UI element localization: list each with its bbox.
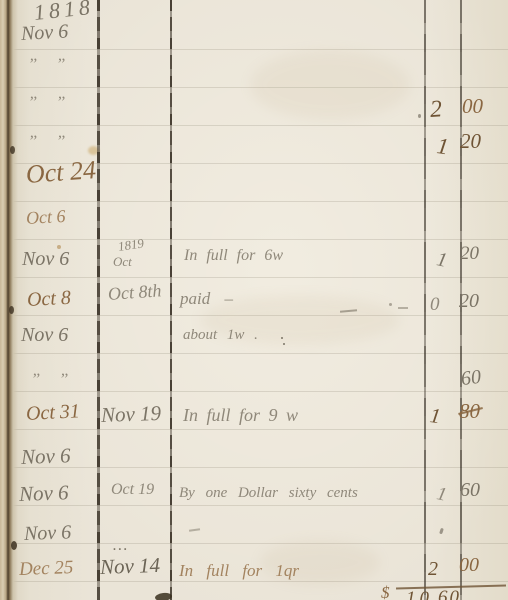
row-3-amount-cents: 20 <box>460 131 481 152</box>
row-12-date: Nov 6 <box>19 482 69 505</box>
row-7-amount-cents: 20 <box>459 291 479 311</box>
ledger-page: 1818 Nov 6 ’’ ’’ ’’ ’’ 2 00 ’’ ’’ 1 20 O… <box>0 0 508 600</box>
row-9-date: ’’ ’’ <box>31 372 68 388</box>
row-6-date: Nov 6 <box>22 249 69 269</box>
row-12-posted: Oct 19 <box>111 482 154 498</box>
column-rule-1 <box>97 0 100 600</box>
row-9-amount-cents: 60 <box>460 367 482 389</box>
total-cents: 60 <box>438 588 461 600</box>
total-dollars: 10 <box>406 589 433 600</box>
row-14-amount-dollars: 2 <box>428 559 438 579</box>
ink-speck <box>418 114 421 118</box>
row-12-entry: By one Dollar sixty cents <box>179 486 358 501</box>
column-rule-2 <box>170 0 172 600</box>
binding-stitch <box>9 306 14 314</box>
row-11-date: Nov 6 <box>21 445 71 468</box>
row-13-date: Nov 6 <box>24 522 72 544</box>
row-7-posted: Oct 8th <box>107 281 162 303</box>
total-currency-symbol: $ <box>381 584 390 600</box>
row-13-posted-marks: … <box>113 538 130 554</box>
row-10-entry: In full for 9 w <box>183 406 298 424</box>
pen-dash <box>398 307 408 309</box>
page-binding-edge <box>0 0 18 600</box>
ink-showthrough <box>250 50 410 120</box>
row-14-amount-cents: 00 <box>459 555 479 575</box>
row-3-date: ’’ ’’ <box>28 134 65 150</box>
row-10-amount-cents: 80 <box>459 399 480 423</box>
row-10-date: Oct 31 <box>25 401 80 424</box>
row-6-amount-cents: 20 <box>460 244 479 263</box>
ink-speck <box>389 303 392 306</box>
row-2-date: ’’ ’’ <box>28 95 65 111</box>
row-8-entry: about 1w . <box>183 328 258 343</box>
row-6-posted-month: Oct <box>113 255 132 268</box>
row-0-date: Nov 6 <box>20 22 68 44</box>
row-14-entry: In full for 1qr <box>179 562 299 579</box>
row-12-amount-cents: 60 <box>460 480 480 500</box>
binding-stitch <box>10 146 15 154</box>
row-8-date: Nov 6 <box>21 325 68 345</box>
row-2-amount-cents: 00 <box>462 96 483 117</box>
row-4-date: Oct 24 <box>25 157 97 188</box>
column-rule-3 <box>424 0 426 600</box>
row-1-date: ’’ ’’ <box>28 57 65 73</box>
row-2-amount-dollars: 2 <box>429 97 443 122</box>
row-14-date: Dec 25 <box>19 558 74 579</box>
binding-stitch <box>11 541 17 550</box>
row-7-amount-dollars: 0 <box>430 295 440 314</box>
row-7-date: Oct 8 <box>26 288 71 310</box>
row-10-posted: Nov 19 <box>101 403 162 426</box>
row-6-entry: In full for 6w <box>184 248 283 264</box>
ink-blob-next-line <box>155 592 173 600</box>
row-6-posted-year: 1819 <box>117 236 145 252</box>
ink-speck <box>281 337 283 339</box>
row-7-entry: paid – <box>180 290 233 307</box>
row-5-date: Oct 6 <box>26 207 66 227</box>
ink-speck <box>283 343 285 345</box>
row-14-posted: Nov 14 <box>100 555 161 578</box>
